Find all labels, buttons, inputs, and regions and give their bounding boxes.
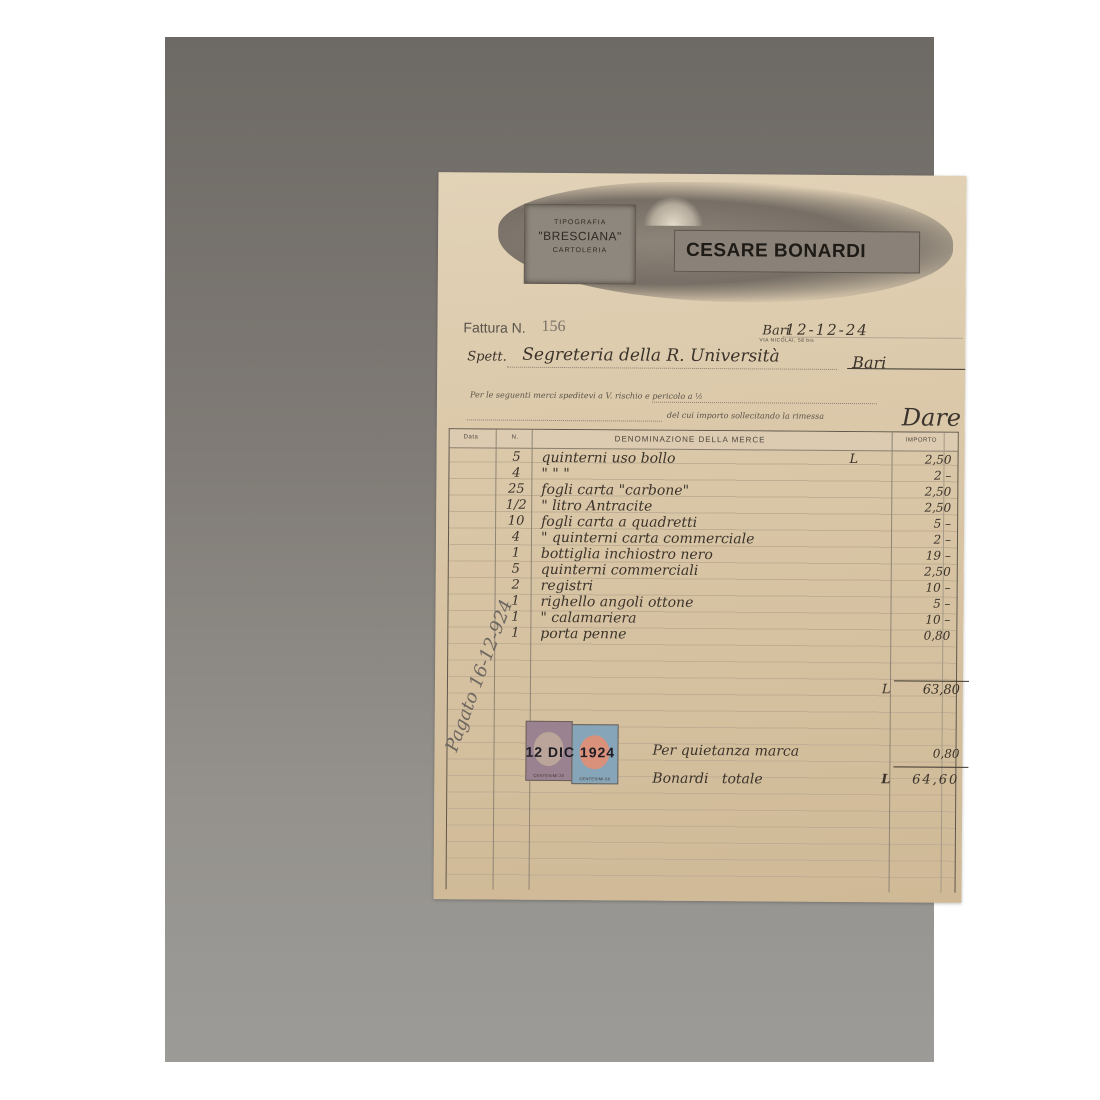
recipient-city: Bari xyxy=(852,353,886,372)
row-qty: 4 xyxy=(501,530,531,545)
row-amount: 10 – xyxy=(891,580,951,594)
row-description: fogli carta a quadretti xyxy=(541,514,697,531)
merchandise-table: Data N. DENOMINAZIONE DELLA MERCE IMPORT… xyxy=(446,428,959,893)
header-date: Data xyxy=(464,434,479,440)
row-amount: 2 – xyxy=(891,468,951,482)
row-description: porta penne xyxy=(540,626,626,643)
photo-background: TIPOGRAFIA "BRESCIANA" CARTOLERIA CESARE… xyxy=(165,37,934,1062)
invoice-number: 156 xyxy=(541,318,565,336)
row-qty: 10 xyxy=(501,514,531,529)
stamp-duty-label: Per quietanza marca xyxy=(652,743,799,760)
row-amount: 10 – xyxy=(890,612,950,626)
recipient-name: Segreteria della R. Università xyxy=(522,345,780,367)
row-description: " quinterni carta commerciale xyxy=(541,530,755,547)
row-qty: 25 xyxy=(501,482,531,497)
row-qty: 1/2 xyxy=(501,498,531,513)
row-amount: 2,50 xyxy=(891,564,951,578)
row-description: quinterni commerciali xyxy=(541,562,699,579)
stamp-cancellation-mark: 12 DIC 1924 xyxy=(525,744,615,761)
subtotal-amount: 63,80 xyxy=(900,682,960,697)
invoice-paper: TIPOGRAFIA "BRESCIANA" CARTOLERIA CESARE… xyxy=(433,172,966,903)
total-rule xyxy=(893,766,968,768)
table-header: Data N. DENOMINAZIONE DELLA MERCE IMPORT… xyxy=(450,429,958,452)
row-description: quinterni uso bollo xyxy=(541,450,675,467)
row-description: righello angoli ottone xyxy=(540,594,693,611)
letterhead-tipografia: TIPOGRAFIA xyxy=(525,219,635,227)
row-amount: 2,50 xyxy=(891,484,951,498)
company-name: CESARE BONARDI xyxy=(686,240,866,263)
header-qty: N. xyxy=(512,435,519,441)
invoice-number-label: Fattura N. xyxy=(463,319,525,335)
stamp-caption: CENTESIMI 20 xyxy=(526,773,571,778)
letterhead-bresciana: "BRESCIANA" xyxy=(525,229,635,244)
dare-label: Dare xyxy=(902,403,961,431)
total-amount: 64,60 xyxy=(899,772,959,787)
row-description: " calamariera xyxy=(540,610,636,627)
recipient-line xyxy=(507,367,837,370)
row-description: fogli carta "carbone" xyxy=(541,482,689,499)
row-description: registri xyxy=(541,578,594,594)
letterhead-left-panel: TIPOGRAFIA "BRESCIANA" CARTOLERIA xyxy=(524,204,637,285)
row-amount: 5 – xyxy=(890,596,950,610)
total-currency: L xyxy=(881,772,890,787)
row-amount: 2,50 xyxy=(892,452,952,466)
table-row: 1 porta penne 0,80 xyxy=(448,625,956,645)
row-qty: 2 xyxy=(501,578,531,593)
stamp-duty-amount: 0,80 xyxy=(899,746,959,760)
letterhead-cartoleria: CARTOLERIA xyxy=(525,247,635,255)
row-amount: 5 – xyxy=(891,516,951,530)
row-description: " " " xyxy=(541,466,569,482)
note-line1-rule xyxy=(652,402,877,405)
row-qty: 1 xyxy=(501,546,531,561)
header-amount: IMPORTO xyxy=(906,437,937,443)
row-description: " litro Antracite xyxy=(541,498,652,515)
row-qty: 5 xyxy=(502,450,532,465)
note-line2-rule xyxy=(467,419,662,421)
total-label: Bonardi totale xyxy=(652,771,762,788)
currency-mark: L xyxy=(849,452,858,467)
shipping-note-line2: del cui importo sollecitando la rimessa xyxy=(667,411,824,421)
row-description: bottiglia inchiostro nero xyxy=(541,546,713,563)
row-qty: 4 xyxy=(501,466,531,481)
subtotal-currency: L xyxy=(882,682,891,697)
row-amount: 0,80 xyxy=(890,628,950,642)
stamp-caption: CENTESIMI 60 xyxy=(572,776,617,781)
address-print: VIA NICOLAI, 58 bis xyxy=(759,337,814,343)
row-amount: 2 – xyxy=(891,532,951,546)
salutation: Spett. xyxy=(467,349,507,364)
shipping-note-line1: Per le seguenti merci speditevi a V. ris… xyxy=(470,390,703,401)
row-amount: 19 – xyxy=(891,548,951,562)
header-description: DENOMINAZIONE DELLA MERCE xyxy=(615,434,766,444)
row-amount: 2,50 xyxy=(891,500,951,514)
row-qty: 5 xyxy=(501,562,531,577)
